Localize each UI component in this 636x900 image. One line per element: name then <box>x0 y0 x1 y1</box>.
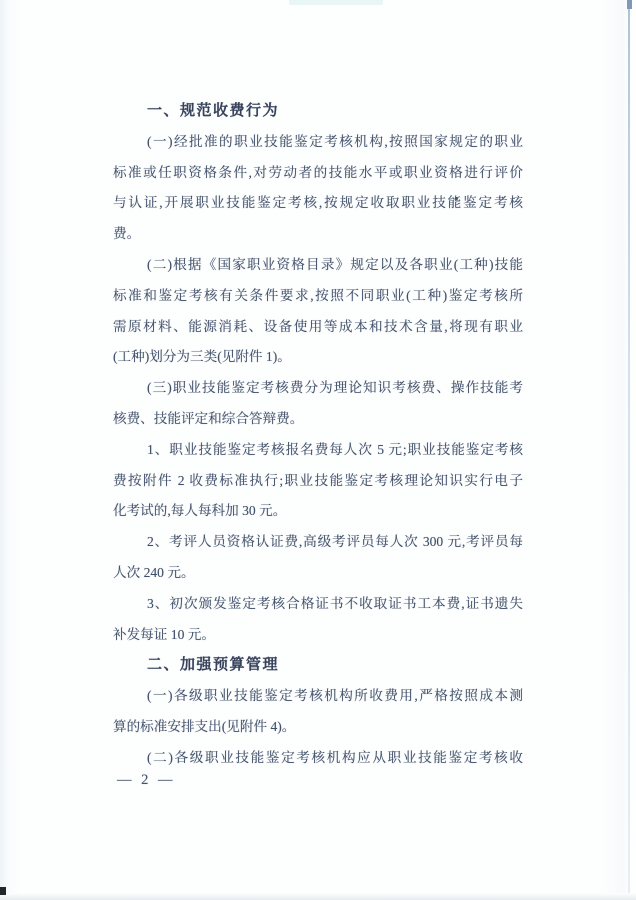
text-line: 与认证,开展职业技能鉴定考核,按规定收取职业技能鉴定考核 <box>113 188 523 219</box>
text-line: 标准或任职资格条件,对劳动者的技能水平或职业资格进行评价 <box>113 158 523 189</box>
text-line: 补发每证 10 元。 <box>113 620 523 651</box>
text-line: (三)职业技能鉴定考核费分为理论知识考核费、操作技能考 <box>113 373 523 404</box>
text-line: 3、初次颁发鉴定考核合格证书不收取证书工本费,证书遗失 <box>113 589 523 620</box>
scan-artifact-top-strip <box>289 0 383 5</box>
text-line: (工种)划分为三类(见附件 1)。 <box>113 342 523 373</box>
page-number: — 2 — <box>117 772 176 789</box>
text-line: 1、职业技能鉴定考核报名费每人次 5 元;职业技能鉴定考核 <box>113 435 523 466</box>
text-line: 核费、技能评定和综合答辩费。 <box>113 404 523 435</box>
scan-artifact-bottom-edge <box>0 893 636 900</box>
text-line: (一)各级职业技能鉴定考核机构所收费用,严格按照成本测 <box>113 681 523 712</box>
text-line: 人次 240 元。 <box>113 558 523 589</box>
text-line: 化考试的,每人每科加 30 元。 <box>113 496 523 527</box>
text-line: 一、规范收费行为 <box>113 96 523 127</box>
text-line: 二、加强预算管理 <box>113 650 523 681</box>
text-block: 一、规范收费行为(一)经批准的职业技能鉴定考核机构,按照国家规定的职业标准或任职… <box>113 96 523 774</box>
text-line: 费按附件 2 收费标准执行;职业技能鉴定考核理论知识实行电子 <box>113 466 523 497</box>
scan-artifact-right-edge <box>628 0 630 900</box>
text-line: 标准和鉴定考核有关条件要求,按照不同职业(工种)鉴定考核所 <box>113 281 523 312</box>
scan-artifact-bottom-left-mark <box>0 887 6 895</box>
text-line: 需原材料、能源消耗、设备使用等成本和技术含量,将现有职业 <box>113 312 523 343</box>
text-line: (二)各级职业技能鉴定考核机构应从职业技能鉴定考核收 <box>113 743 523 774</box>
text-line: (二)根据《国家职业资格目录》规定以及各职业(工种)技能 <box>113 250 523 281</box>
scan-artifact-top-right-mark <box>627 0 632 9</box>
text-line: 2、考评人员资格认证费,高级考评员每人次 300 元,考评员每 <box>113 527 523 558</box>
text-line: 费。 <box>113 219 523 250</box>
text-line: (一)经批准的职业技能鉴定考核机构,按照国家规定的职业 <box>113 127 523 158</box>
text-line: 算的标准安排支出(见附件 4)。 <box>113 712 523 743</box>
